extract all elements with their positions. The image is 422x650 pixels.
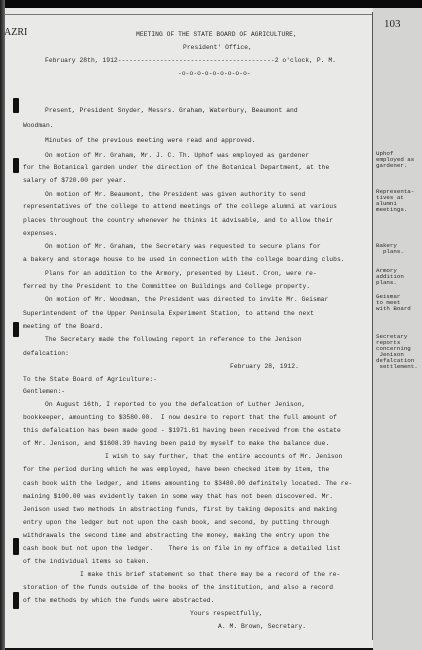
text-line: On motion of Mr. Graham, Mr. J. C. Th. U… (45, 152, 309, 159)
binding-hole-marker (13, 98, 19, 113)
binding-hole-marker (13, 538, 19, 555)
meeting-date-line: February 28th, 1912---------------------… (45, 57, 336, 64)
text-line: cash book with the ledger, and items amo… (23, 480, 352, 487)
text-line: cash book but not upon the ledger. There… (23, 545, 341, 552)
text-line: February 28, 1912. (230, 363, 299, 370)
text-line: expenses. (23, 230, 57, 237)
margin-note: Bakery plans. (376, 243, 404, 255)
scan-border-left (0, 0, 5, 650)
meeting-title: MEETING OF THE STATE BOARD OF AGRICULTUR… (136, 31, 297, 38)
margin-note: Uphof employed as gardener. (376, 151, 414, 169)
top-rule (4, 14, 372, 15)
text-line: for the Botanical garden under the direc… (23, 164, 329, 171)
text-line: On motion of Mr. Graham, the Secretary w… (45, 243, 321, 250)
text-line: On motion of Mr. Woodman, the President … (45, 296, 328, 303)
margin-rule (372, 12, 373, 640)
text-line: for the period during which he was emplo… (23, 466, 329, 473)
separator-line: -o-o-o-o-o-o-o-o-o- (178, 70, 251, 77)
text-line: ferred by the President to the Committee… (23, 283, 310, 290)
text-line: Present, President Snyder, Messrs. Graha… (45, 107, 298, 114)
text-line: Yours respectfully, (190, 610, 263, 617)
margin-note: Secretary reports concerning Jenison def… (376, 334, 418, 370)
text-line: To the State Board of Agriculture:- (23, 376, 157, 383)
text-line: I make this brief statement so that ther… (80, 571, 340, 578)
text-line: Plans for an addition to the Armory, pre… (45, 270, 317, 277)
archive-code: AZRI (4, 27, 27, 38)
text-line: representatives of the college to attend… (23, 203, 337, 210)
meeting-location: President' Office, (183, 44, 252, 51)
text-line: defalcation: (23, 350, 69, 357)
binding-hole-marker (13, 158, 19, 173)
margin-note: Armory addition plans. (376, 268, 404, 286)
text-line: withdrawals the second time and abstract… (23, 532, 329, 539)
text-line: of the individual items so taken. (23, 558, 149, 565)
text-line: The Secretary made the following report … (45, 336, 302, 343)
margin-note: Geismar to meet with Board (376, 294, 411, 312)
text-line: I wish to say further, that the entire a… (105, 453, 342, 460)
text-line: places throughout the country whenever h… (23, 217, 333, 224)
text-line: A. M. Brown, Secretary. (218, 623, 306, 630)
text-line: maining $100.00 was evidently taken in s… (23, 493, 333, 500)
text-line: of Mr. Jenison, and $1608.39 having been… (23, 440, 329, 447)
text-line: Woodman. (23, 122, 54, 129)
text-line: Jenison used two methods in abstracting … (23, 506, 337, 513)
binding-hole-marker (13, 322, 19, 337)
text-line: entry upon the ledger but not upon the c… (23, 519, 329, 526)
text-line: On August 16th, I reported to you the de… (45, 401, 305, 408)
text-line: On motion of Mr. Beaumont, the President… (45, 191, 305, 198)
text-line: storation of the funds outside of the bo… (23, 584, 333, 591)
text-line: bookkeeper, amounting to $3580.00. I now… (23, 414, 337, 421)
text-line: Minutes of the previous meeting were rea… (45, 137, 256, 144)
binding-hole-marker (13, 592, 19, 609)
text-line: Gentlemen:- (23, 388, 65, 395)
text-line: a bakery and storage house to be used in… (23, 256, 345, 263)
text-line: of the methods by which the funds were a… (23, 597, 214, 604)
text-line: meeting of the Board. (23, 323, 103, 330)
text-line: this defalcation has been made good - $1… (23, 427, 341, 434)
margin-note: Representa- tives at alumni meetings. (376, 189, 414, 213)
page-number: 103 (384, 18, 401, 30)
margin-column (373, 8, 422, 650)
text-line: Superintendent of the Upper Peninsula Ex… (23, 310, 314, 317)
text-line: salary of $720.00 per year. (23, 177, 126, 184)
